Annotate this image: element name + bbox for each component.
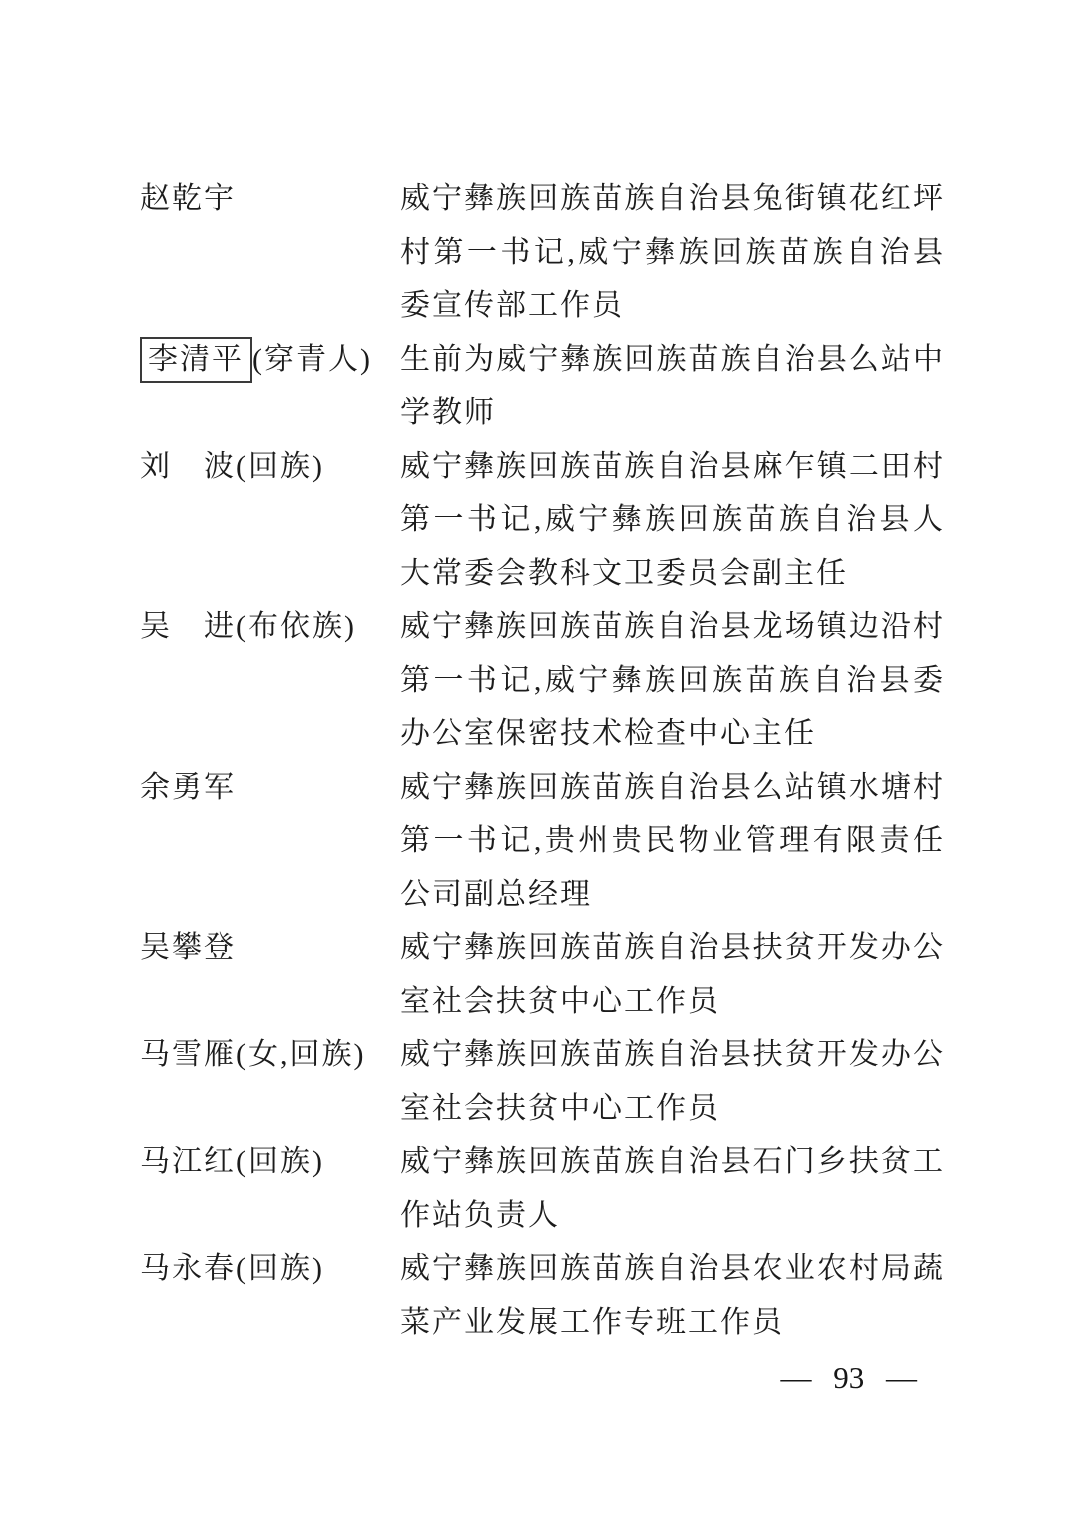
- list-item: 余勇军 威宁彝族回族苗族自治县么站镇水塘村第一书记,贵州贵民物业管理有限责任公司…: [140, 761, 945, 922]
- person-ethnicity: (回族): [236, 1252, 324, 1285]
- person-title: 威宁彝族回族苗族自治县扶贫开发办公室社会扶贫中心工作员: [400, 1028, 945, 1135]
- person-title: 威宁彝族回族苗族自治县麻乍镇二田村第一书记,威宁彝族回族苗族自治县人大常委会教科…: [400, 440, 945, 601]
- list-item: 赵乾宇 威宁彝族回族苗族自治县兔街镇花红坪村第一书记,威宁彝族回族苗族自治县委宣…: [140, 172, 945, 333]
- person-name-cell: 赵乾宇: [140, 172, 400, 226]
- list-item: 马雪雁(女,回族) 威宁彝族回族苗族自治县扶贫开发办公室社会扶贫中心工作员: [140, 1028, 945, 1135]
- award-roster: 赵乾宇 威宁彝族回族苗族自治县兔街镇花红坪村第一书记,威宁彝族回族苗族自治县委宣…: [140, 172, 945, 1399]
- person-ethnicity: (回族): [236, 450, 324, 483]
- person-name-cell: 李清平(穿青人): [140, 333, 400, 387]
- person-name-cell: 马永春(回族): [140, 1242, 400, 1296]
- person-name: 马雪雁: [140, 1038, 236, 1071]
- person-title: 威宁彝族回族苗族自治县农业农村局蔬菜产业发展工作专班工作员: [400, 1242, 945, 1349]
- person-ethnicity: (布依族): [236, 610, 356, 643]
- person-title: 生前为威宁彝族回族苗族自治县么站中学教师: [400, 333, 945, 440]
- document-page: { "colors": { "background": "#ffffff", "…: [0, 0, 1080, 1527]
- list-item: 李清平(穿青人) 生前为威宁彝族回族苗族自治县么站中学教师: [140, 333, 945, 440]
- person-name-cell: 余勇军: [140, 761, 400, 815]
- person-title: 威宁彝族回族苗族自治县扶贫开发办公室社会扶贫中心工作员: [400, 921, 945, 1028]
- person-name: 李清平: [148, 343, 244, 376]
- list-item: 马永春(回族) 威宁彝族回族苗族自治县农业农村局蔬菜产业发展工作专班工作员: [140, 1242, 945, 1349]
- person-title: 威宁彝族回族苗族自治县石门乡扶贫工作站负责人: [400, 1135, 945, 1242]
- person-name: 吴 进: [140, 610, 236, 643]
- person-ethnicity: (穿青人): [252, 343, 372, 376]
- person-title: 威宁彝族回族苗族自治县兔街镇花红坪村第一书记,威宁彝族回族苗族自治县委宣传部工作…: [400, 172, 945, 333]
- person-name-cell: 吴攀登: [140, 921, 400, 975]
- person-title: 威宁彝族回族苗族自治县么站镇水塘村第一书记,贵州贵民物业管理有限责任公司副总经理: [400, 761, 945, 922]
- person-name-cell: 马雪雁(女,回族): [140, 1028, 400, 1082]
- person-name-cell: 吴 进(布依族): [140, 600, 400, 654]
- person-ethnicity: (回族): [236, 1145, 324, 1178]
- list-item: 刘 波(回族) 威宁彝族回族苗族自治县麻乍镇二田村第一书记,威宁彝族回族苗族自治…: [140, 440, 945, 601]
- person-name: 吴攀登: [140, 931, 236, 964]
- person-name: 刘 波: [140, 450, 236, 483]
- deceased-name-box: 李清平: [140, 337, 252, 383]
- list-item: 马江红(回族) 威宁彝族回族苗族自治县石门乡扶贫工作站负责人: [140, 1135, 945, 1242]
- person-name: 赵乾宇: [140, 182, 236, 215]
- person-name: 马永春: [140, 1252, 236, 1285]
- person-name-cell: 马江红(回族): [140, 1135, 400, 1189]
- person-name: 马江红: [140, 1145, 236, 1178]
- person-ethnicity: (女,回族): [236, 1038, 365, 1071]
- person-name: 余勇军: [140, 771, 236, 804]
- list-item: 吴攀登 威宁彝族回族苗族自治县扶贫开发办公室社会扶贫中心工作员: [140, 921, 945, 1028]
- page-number: — 93 —: [140, 1357, 945, 1399]
- person-name-cell: 刘 波(回族): [140, 440, 400, 494]
- person-title: 威宁彝族回族苗族自治县龙场镇边沿村第一书记,威宁彝族回族苗族自治县委办公室保密技…: [400, 600, 945, 761]
- list-item: 吴 进(布依族) 威宁彝族回族苗族自治县龙场镇边沿村第一书记,威宁彝族回族苗族自…: [140, 600, 945, 761]
